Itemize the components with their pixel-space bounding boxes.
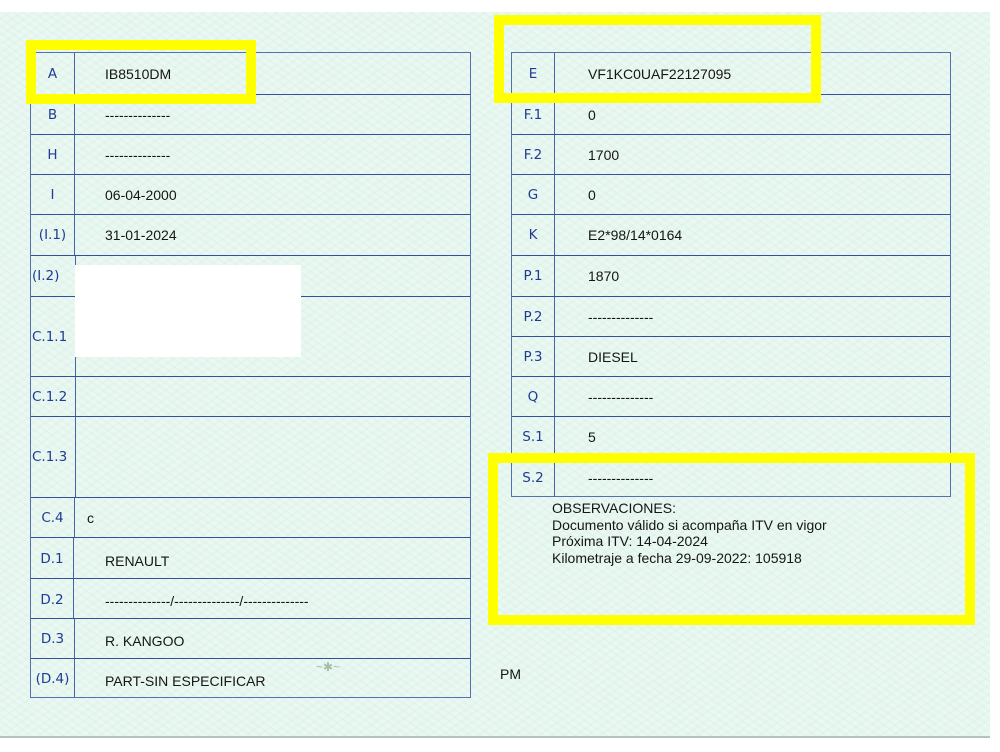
field-value: 06-04-2000 — [105, 175, 177, 214]
ink-mark: ~✱~ — [316, 660, 356, 690]
field-value: c — [87, 498, 94, 537]
highlight-observations — [488, 453, 975, 625]
field-row: D.1RENAULT — [31, 537, 470, 578]
field-code-label: P.3 — [512, 337, 555, 376]
field-row: KE2*98/14*0164 — [512, 214, 950, 255]
left-fields-table: AIB8510DMB--------------H--------------I… — [30, 52, 471, 698]
field-code-label: (I.2) — [31, 256, 76, 296]
field-code-label: C.1.1 — [31, 297, 76, 376]
footer-code: PM — [500, 666, 521, 682]
field-row: F.21700 — [512, 134, 950, 174]
field-code-label: K — [512, 215, 555, 255]
right-fields-table: EVF1KC0UAF22127095F.10F.21700G0KE2*98/14… — [511, 52, 951, 497]
field-code-label: P.1 — [512, 256, 555, 296]
field-row: G0 — [512, 174, 950, 214]
field-row: P.3DIESEL — [512, 336, 950, 376]
field-code-label: H — [31, 135, 75, 174]
field-code-label: F.2 — [512, 135, 555, 174]
field-row: P.11870 — [512, 255, 950, 296]
field-value: RENAULT — [105, 538, 169, 578]
field-row: C.1.3 — [31, 416, 470, 497]
field-code-label: (D.4) — [31, 659, 75, 698]
field-code-label: (I.1) — [31, 215, 75, 255]
field-row: Q-------------- — [512, 376, 950, 416]
field-row: (D.4)PART-SIN ESPECIFICAR — [31, 658, 470, 698]
field-value: -------------- — [105, 135, 170, 174]
field-code-label: C.1.2 — [31, 377, 76, 416]
field-row: C.4c — [31, 497, 470, 537]
field-row: C.1.2 — [31, 376, 470, 416]
field-row: S.15 — [512, 416, 950, 457]
field-code-label: C.4 — [31, 498, 75, 537]
field-value: 1700 — [588, 135, 619, 174]
field-value: R. KANGOO — [105, 619, 184, 658]
highlight-plate — [26, 40, 256, 104]
field-value: 1870 — [588, 256, 619, 296]
highlight-vin — [494, 15, 821, 103]
redacted-owner-block — [75, 265, 301, 357]
field-row: D.2--------------/--------------/-------… — [31, 578, 470, 618]
field-value: DIESEL — [588, 337, 638, 376]
field-code-label: D.1 — [31, 538, 74, 578]
field-code-label: G — [512, 175, 555, 214]
field-code-label: D.3 — [31, 619, 75, 658]
field-row: H-------------- — [31, 134, 470, 174]
field-code-label: C.1.3 — [31, 417, 76, 497]
field-value: PART-SIN ESPECIFICAR — [105, 659, 266, 698]
field-value: 0 — [588, 175, 596, 214]
field-row: D.3R. KANGOO — [31, 618, 470, 658]
field-value: --------------/--------------/----------… — [105, 579, 309, 618]
field-code-label: P.2 — [512, 297, 555, 336]
field-value: -------------- — [588, 297, 653, 336]
field-code-label: I — [31, 175, 75, 214]
field-row: P.2-------------- — [512, 296, 950, 336]
field-row: I06-04-2000 — [31, 174, 470, 214]
field-row: (I.1)31-01-2024 — [31, 214, 470, 255]
field-code-label: Q — [512, 377, 555, 416]
document-edge — [0, 736, 990, 738]
field-code-label: S.1 — [512, 417, 555, 457]
field-value: E2*98/14*0164 — [588, 215, 682, 255]
field-code-label: D.2 — [31, 579, 74, 618]
field-value: 31-01-2024 — [105, 215, 177, 255]
field-value: 5 — [588, 417, 596, 457]
field-value: -------------- — [588, 377, 653, 416]
